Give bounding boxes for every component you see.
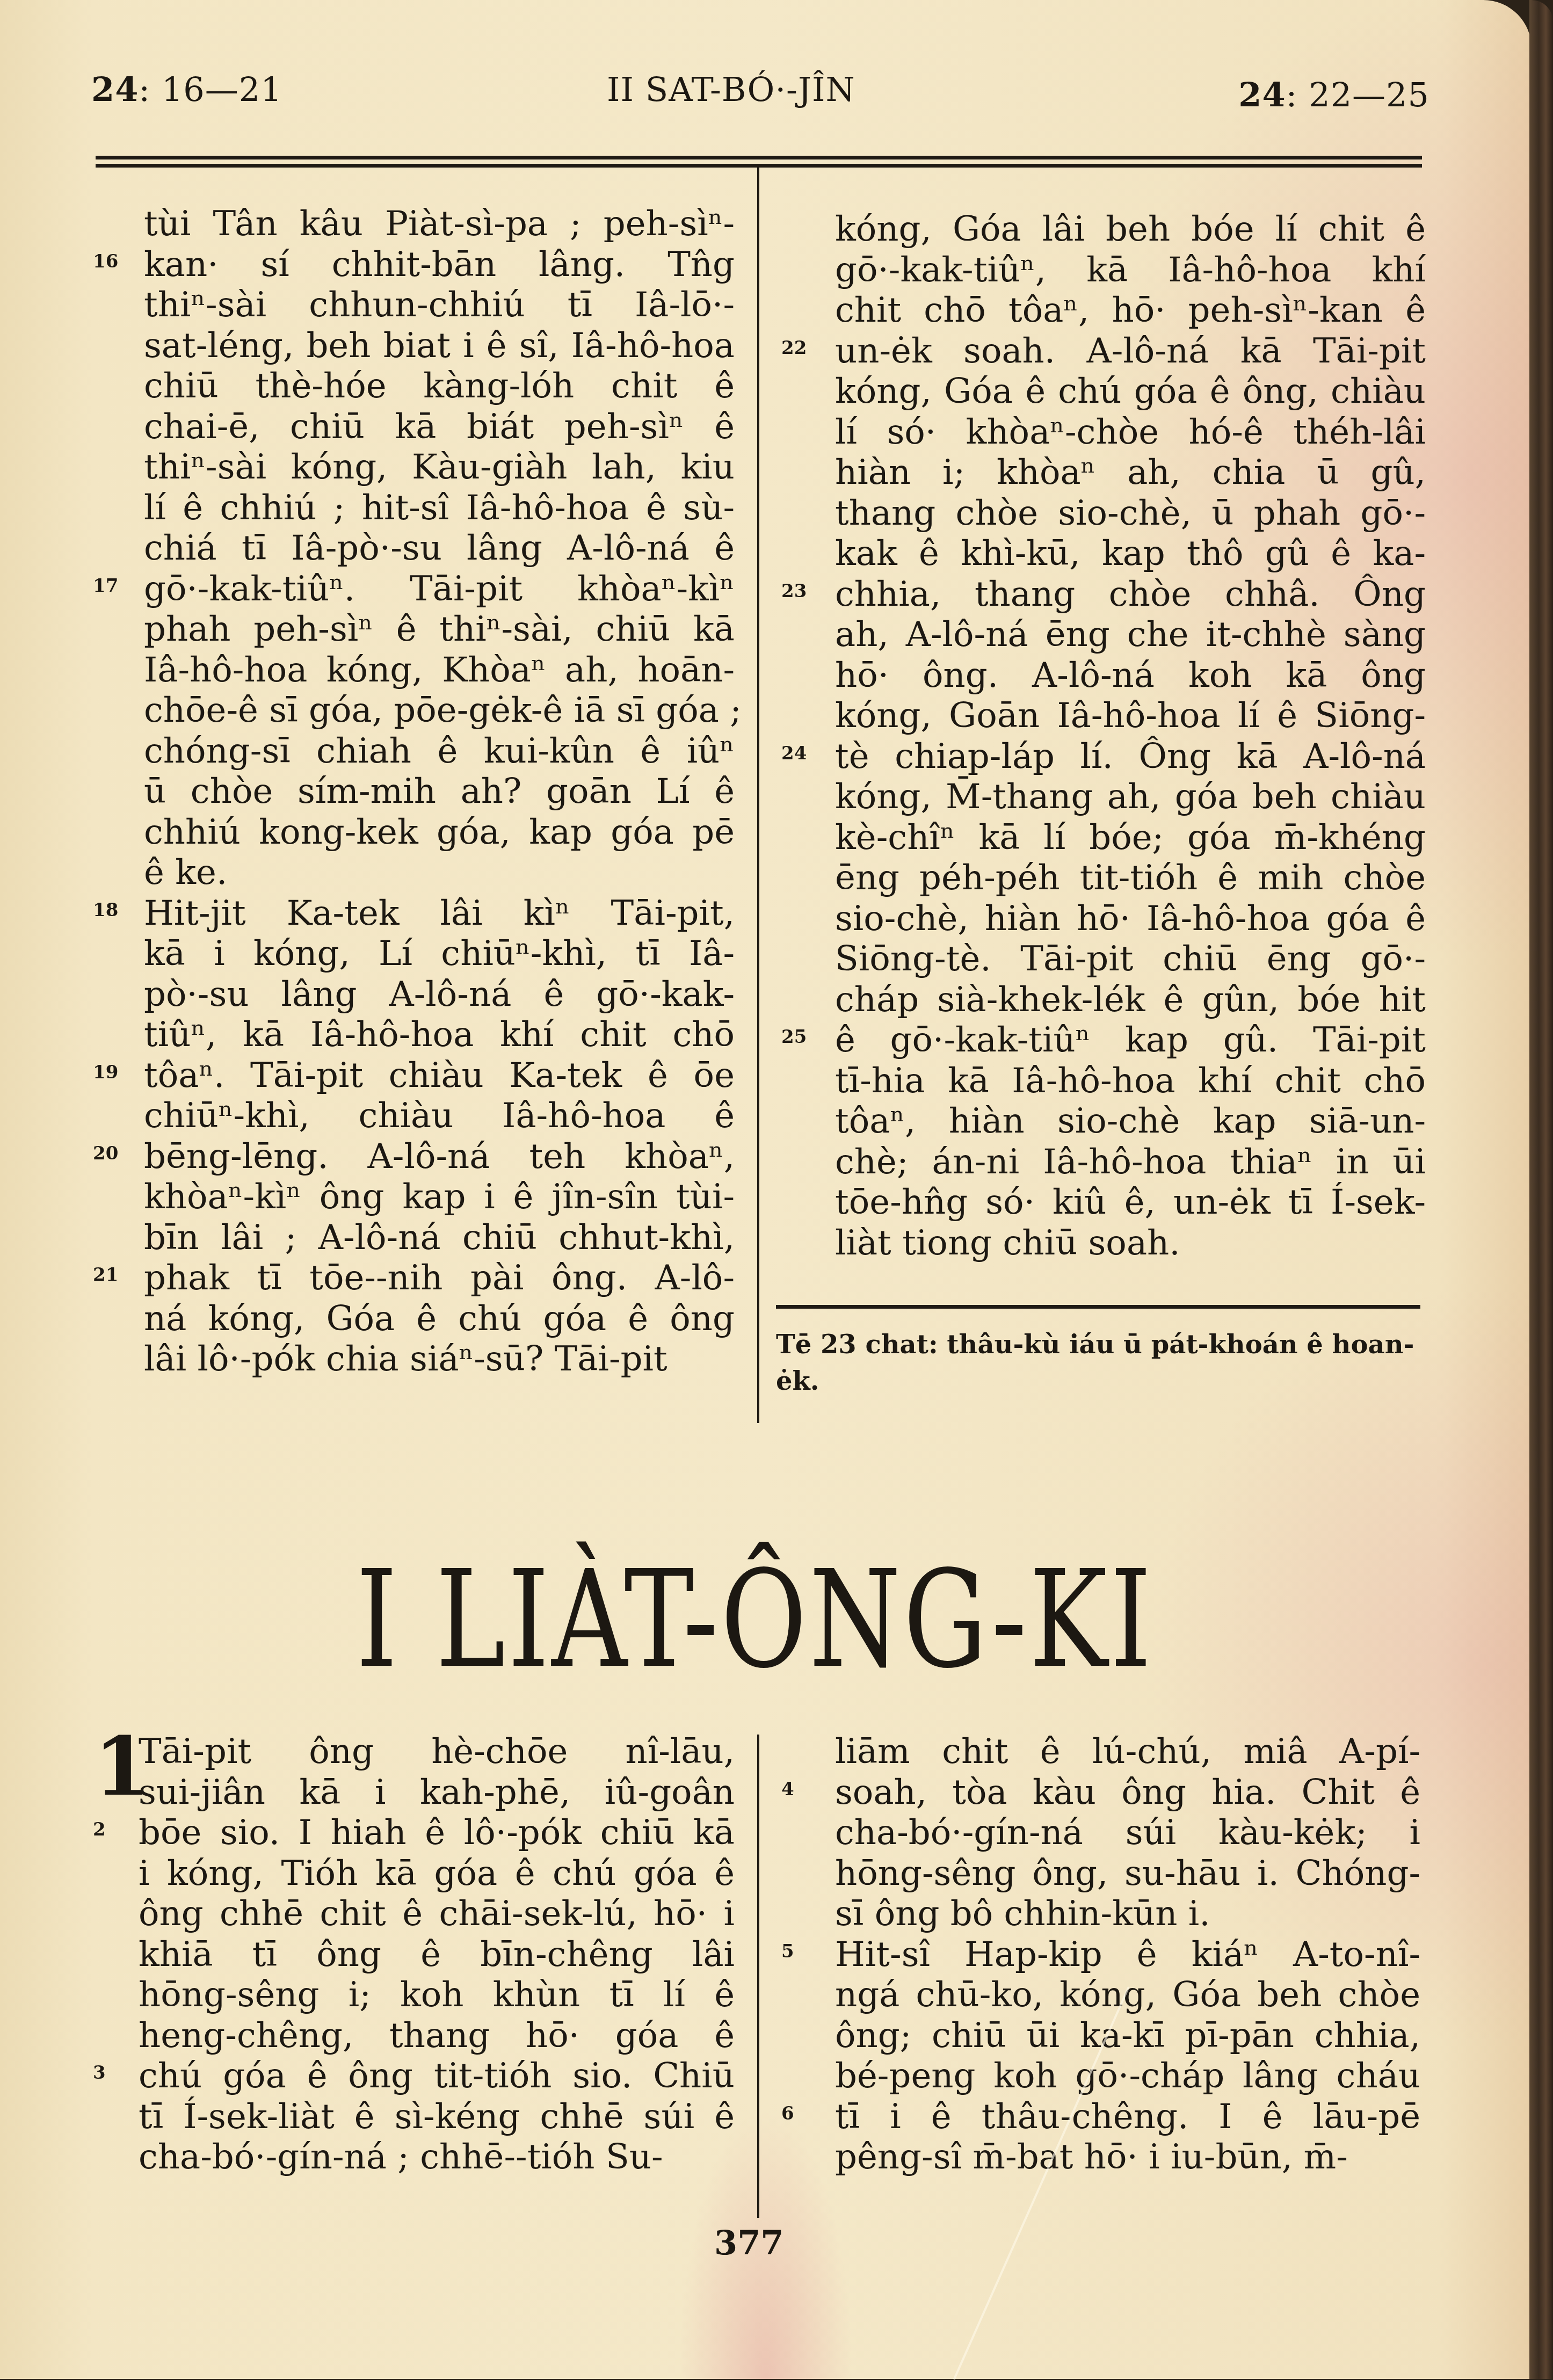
text-line: phak tī tōe--nih pài ông. A-lô-	[144, 1258, 735, 1299]
text-line: sat-léng, beh biat i ê sî, Iâ-hô-hoa	[144, 326, 735, 367]
text-line: ná kóng, Góa ê chú góa ê ông	[144, 1299, 735, 1340]
text-line: bēng-lēng. A-lô-ná teh khòaⁿ,	[144, 1137, 735, 1178]
left-chapter-verse-range: 24: 16—21	[91, 70, 282, 109]
text-line: ông chhē chit ê chāi-sek-lú, hō· i	[139, 1894, 735, 1935]
book-title: I LIÀT-ÔNG-KI	[166, 1541, 1344, 1697]
text-line: tī-hia kā Iâ-hô-hoa khí chit chō	[835, 1061, 1426, 1102]
lower-right-text-column: liām chit ê lú-chú, miâ A-pí-soah, tòa k…	[835, 1732, 1420, 2178]
running-head: 24: 16—21 II SAT-BÓ·-JÎN 24: 22—25	[91, 70, 1429, 113]
text-line: tōe-hn̂g só· kiû ê, un-ėk tī Í-sek-	[835, 1182, 1426, 1223]
verse-number: 21	[93, 1266, 118, 1284]
text-line: chhia, thang chòe chhâ. Ông	[835, 575, 1426, 615]
verse-number: 4	[781, 1780, 794, 1798]
scanned-book-page: 24: 16—21 II SAT-BÓ·-JÎN 24: 22—25 tùi T…	[0, 0, 1532, 2379]
text-line: tôaⁿ. Tāi-pit chiàu Ka-tek ê ōe	[144, 1056, 735, 1097]
text-line: sui-jiân kā i kah-phē, iû-goân	[139, 1773, 735, 1813]
text-line: bōe sio. I hiah ê lô·-pók chiū kā	[139, 1813, 735, 1854]
book-edge	[1529, 0, 1553, 2379]
text-line: tùi Tân kâu Piàt-sì-pa ; peh-sìⁿ-	[144, 204, 735, 245]
text-line: kóng, Góa ê chú góa ê ông, chiàu	[835, 372, 1426, 412]
text-line: thiⁿ-sài chhun-chhiú tī Iâ-lō·-	[144, 285, 735, 326]
running-book-title: II SAT-BÓ·-JÎN	[607, 70, 855, 109]
text-line: ê ke.	[144, 853, 735, 894]
text-line: chú góa ê ông tit-tióh sio. Chiū	[139, 2056, 735, 2097]
text-line: liàt tiong chiū soah.	[835, 1223, 1426, 1264]
text-line: thang chòe sio-chè, ū phah gō·-	[835, 494, 1426, 534]
text-line: sī ông bô chhin-kūn i.	[835, 1894, 1420, 1935]
column-divider-upper	[757, 166, 759, 1423]
text-line: ū chòe sím-mih ah? goān Lí ê	[144, 772, 735, 812]
verse-number: 22	[781, 339, 807, 357]
verse-number: 2	[93, 1820, 106, 1839]
text-line: kóng, Góa lâi beh bóe lí chit ê	[835, 209, 1426, 250]
text-line: kan· sí chhit-bān lâng. Tn̂g	[144, 245, 735, 286]
text-line: Iâ-hô-hoa kóng, Khòaⁿ ah, hoān-	[144, 650, 735, 691]
verse-number: 23	[781, 582, 807, 600]
text-line: ngá chū-ko, kóng, Góa beh chòe	[835, 1975, 1420, 2016]
lower-left-text-column: Tāi-pit ông hè-chōe nî-lāu,sui-jiân kā i…	[139, 1732, 735, 2178]
verse-number: 5	[781, 1942, 794, 1961]
text-line: bīn lâi ; A-lô-ná chiū chhut-khì,	[144, 1218, 735, 1259]
footnote: Tē 23 chat: thâu-kù iáu ū pát-khoán ê ho…	[776, 1326, 1420, 1399]
verse-number: 25	[781, 1028, 807, 1046]
verse-number: 17	[93, 577, 118, 595]
text-line: chè; án-ni Iâ-hô-hoa thiaⁿ in ūi	[835, 1142, 1426, 1183]
text-line: hō· ông. A-lô-ná koh kā ông	[835, 656, 1426, 696]
verse-number: 20	[93, 1144, 118, 1163]
text-line: ê gō·-kak-tiûⁿ kap gû. Tāi-pit	[835, 1020, 1426, 1061]
text-line: chōe-ê sī góa, pōe-gėk-ê iā sī góa ;	[144, 691, 735, 731]
text-line: lí só· khòaⁿ-chòe hó-ê théh-lâi	[835, 412, 1426, 453]
text-line: cha-bó·-gín-ná súi kàu-kėk; i	[835, 1813, 1420, 1854]
text-line: i kóng, Tióh kā góa ê chú góa ê	[139, 1854, 735, 1895]
footnote-rule	[776, 1305, 1420, 1309]
text-line: hōng-sêng i; koh khùn tī lí ê	[139, 1975, 735, 2016]
verse-number: 6	[781, 2105, 794, 2123]
text-line: lí ê chhiú ; hit-sî Iâ-hô-hoa ê sù-	[144, 488, 735, 529]
text-line: cháp sià-khek-lék ê gûn, bóe hit	[835, 980, 1426, 1021]
text-line: cha-bó·-gín-ná ; chhē--tióh Su-	[139, 2137, 735, 2178]
text-line: chiūⁿ-khì, chiàu Iâ-hô-hoa ê	[144, 1096, 735, 1137]
text-line: liām chit ê lú-chú, miâ A-pí-	[835, 1732, 1420, 1773]
text-line: ēng péh-péh tit-tióh ê mih chòe	[835, 858, 1426, 899]
verse-number: 16	[93, 252, 118, 271]
text-line: gō·-kak-tiûⁿ, kā Iâ-hô-hoa khí	[835, 250, 1426, 291]
text-line: khòaⁿ-kìⁿ ông kap i ê jîn-sîn tùi-	[144, 1177, 735, 1218]
text-line: chiū thè-hóe kàng-lóh chit ê	[144, 366, 735, 407]
upper-left-text-column: tùi Tân kâu Piàt-sì-pa ; peh-sìⁿ-kan· sí…	[144, 204, 735, 1380]
text-line: Tāi-pit ông hè-chōe nî-lāu,	[139, 1732, 735, 1773]
text-line: Hit-sî Hap-kip ê kiáⁿ A-to-nî-	[835, 1935, 1420, 1976]
text-line: tôaⁿ, hiàn sio-chè kap siā-un-	[835, 1101, 1426, 1142]
verse-number: 19	[93, 1063, 118, 1082]
text-line: tī i ê thâu-chêng. I ê lāu-pē	[835, 2097, 1420, 2138]
text-line: chiá tī Iâ-pò·-su lâng A-lô-ná ê	[144, 528, 735, 569]
verse-number: 24	[781, 744, 807, 763]
text-line: chóng-sī chiah ê kui-kûn ê iûⁿ	[144, 731, 735, 772]
text-line: kā i kóng, Lí chiūⁿ-khì, tī Iâ-	[144, 934, 735, 975]
text-line: soah, tòa kàu ông hia. Chit ê	[835, 1773, 1420, 1813]
text-line: thiⁿ-sài kóng, Kàu-giàh lah, kiu	[144, 447, 735, 488]
text-line: pò·-su lâng A-lô-ná ê gō·-kak-	[144, 975, 735, 1015]
text-line: kè-chîⁿ kā lí bóe; góa m̄-khéng	[835, 818, 1426, 859]
text-line: gō·-kak-tiûⁿ. Tāi-pit khòaⁿ-kìⁿ	[144, 569, 735, 610]
text-line: lâi lô·-pók chia siáⁿ-sū? Tāi-pit	[144, 1339, 735, 1380]
text-line: chhiú kong-kek góa, kap góa pē	[144, 812, 735, 853]
column-divider-lower	[757, 1735, 759, 2218]
text-line: bé-peng koh gō·-cháp lâng cháu	[835, 2056, 1420, 2097]
text-line: hiàn i; khòaⁿ ah, chia ū gû,	[835, 453, 1426, 494]
text-line: Siōng-tè. Tāi-pit chiū ēng gō·-	[835, 939, 1426, 980]
text-line: kóng, Goān Iâ-hô-hoa lí ê Siōng-	[835, 696, 1426, 737]
text-line: ah, A-lô-ná ēng che it-chhè sàng	[835, 615, 1426, 656]
header-rule-top	[96, 156, 1422, 159]
text-line: Hit-jit Ka-tek lâi kìⁿ Tāi-pit,	[144, 894, 735, 934]
page-number: 377	[714, 2223, 783, 2262]
verse-number: 3	[93, 2064, 106, 2082]
text-line: tiûⁿ, kā Iâ-hô-hoa khí chit chō	[144, 1015, 735, 1056]
text-line: kak ê khì-kū, kap thô gû ê ka-	[835, 534, 1426, 575]
text-line: chai-ē, chiū kā biát peh-sìⁿ ê	[144, 407, 735, 448]
text-line: ông; chiū ūi ka-kī pī-pān chhia,	[835, 2016, 1420, 2057]
text-line: tè chiap-láp lí. Ông kā A-lô-ná	[835, 737, 1426, 778]
verse-number: 18	[93, 901, 118, 919]
text-line: un-ėk soah. A-lô-ná kā Tāi-pit	[835, 331, 1426, 372]
text-line: chit chō tôaⁿ, hō· peh-sìⁿ-kan ê	[835, 291, 1426, 331]
text-line: hōng-sêng ông, su-hāu i. Chóng-	[835, 1854, 1420, 1895]
text-line: pêng-sî m̄-bat hō· i iu-būn, m̄-	[835, 2137, 1420, 2178]
text-line: tī Í-sek-liàt ê sì-kéng chhē súi ê	[139, 2097, 735, 2138]
upper-right-text-column: kóng, Góa lâi beh bóe lí chit êgō·-kak-t…	[835, 209, 1426, 1264]
text-line: phah peh-sìⁿ ê thiⁿ-sài, chiū kā	[144, 609, 735, 650]
text-line: sio-chè, hiàn hō· Iâ-hô-hoa góa ê	[835, 899, 1426, 940]
text-line: khiā tī ông ê bīn-chêng lâi	[139, 1935, 735, 1976]
right-chapter-verse-range: 24: 22—25	[1238, 75, 1429, 114]
text-line: heng-chêng, thang hō· góa ê	[139, 2016, 735, 2057]
text-line: kóng, M̄-thang ah, góa beh chiàu	[835, 777, 1426, 818]
